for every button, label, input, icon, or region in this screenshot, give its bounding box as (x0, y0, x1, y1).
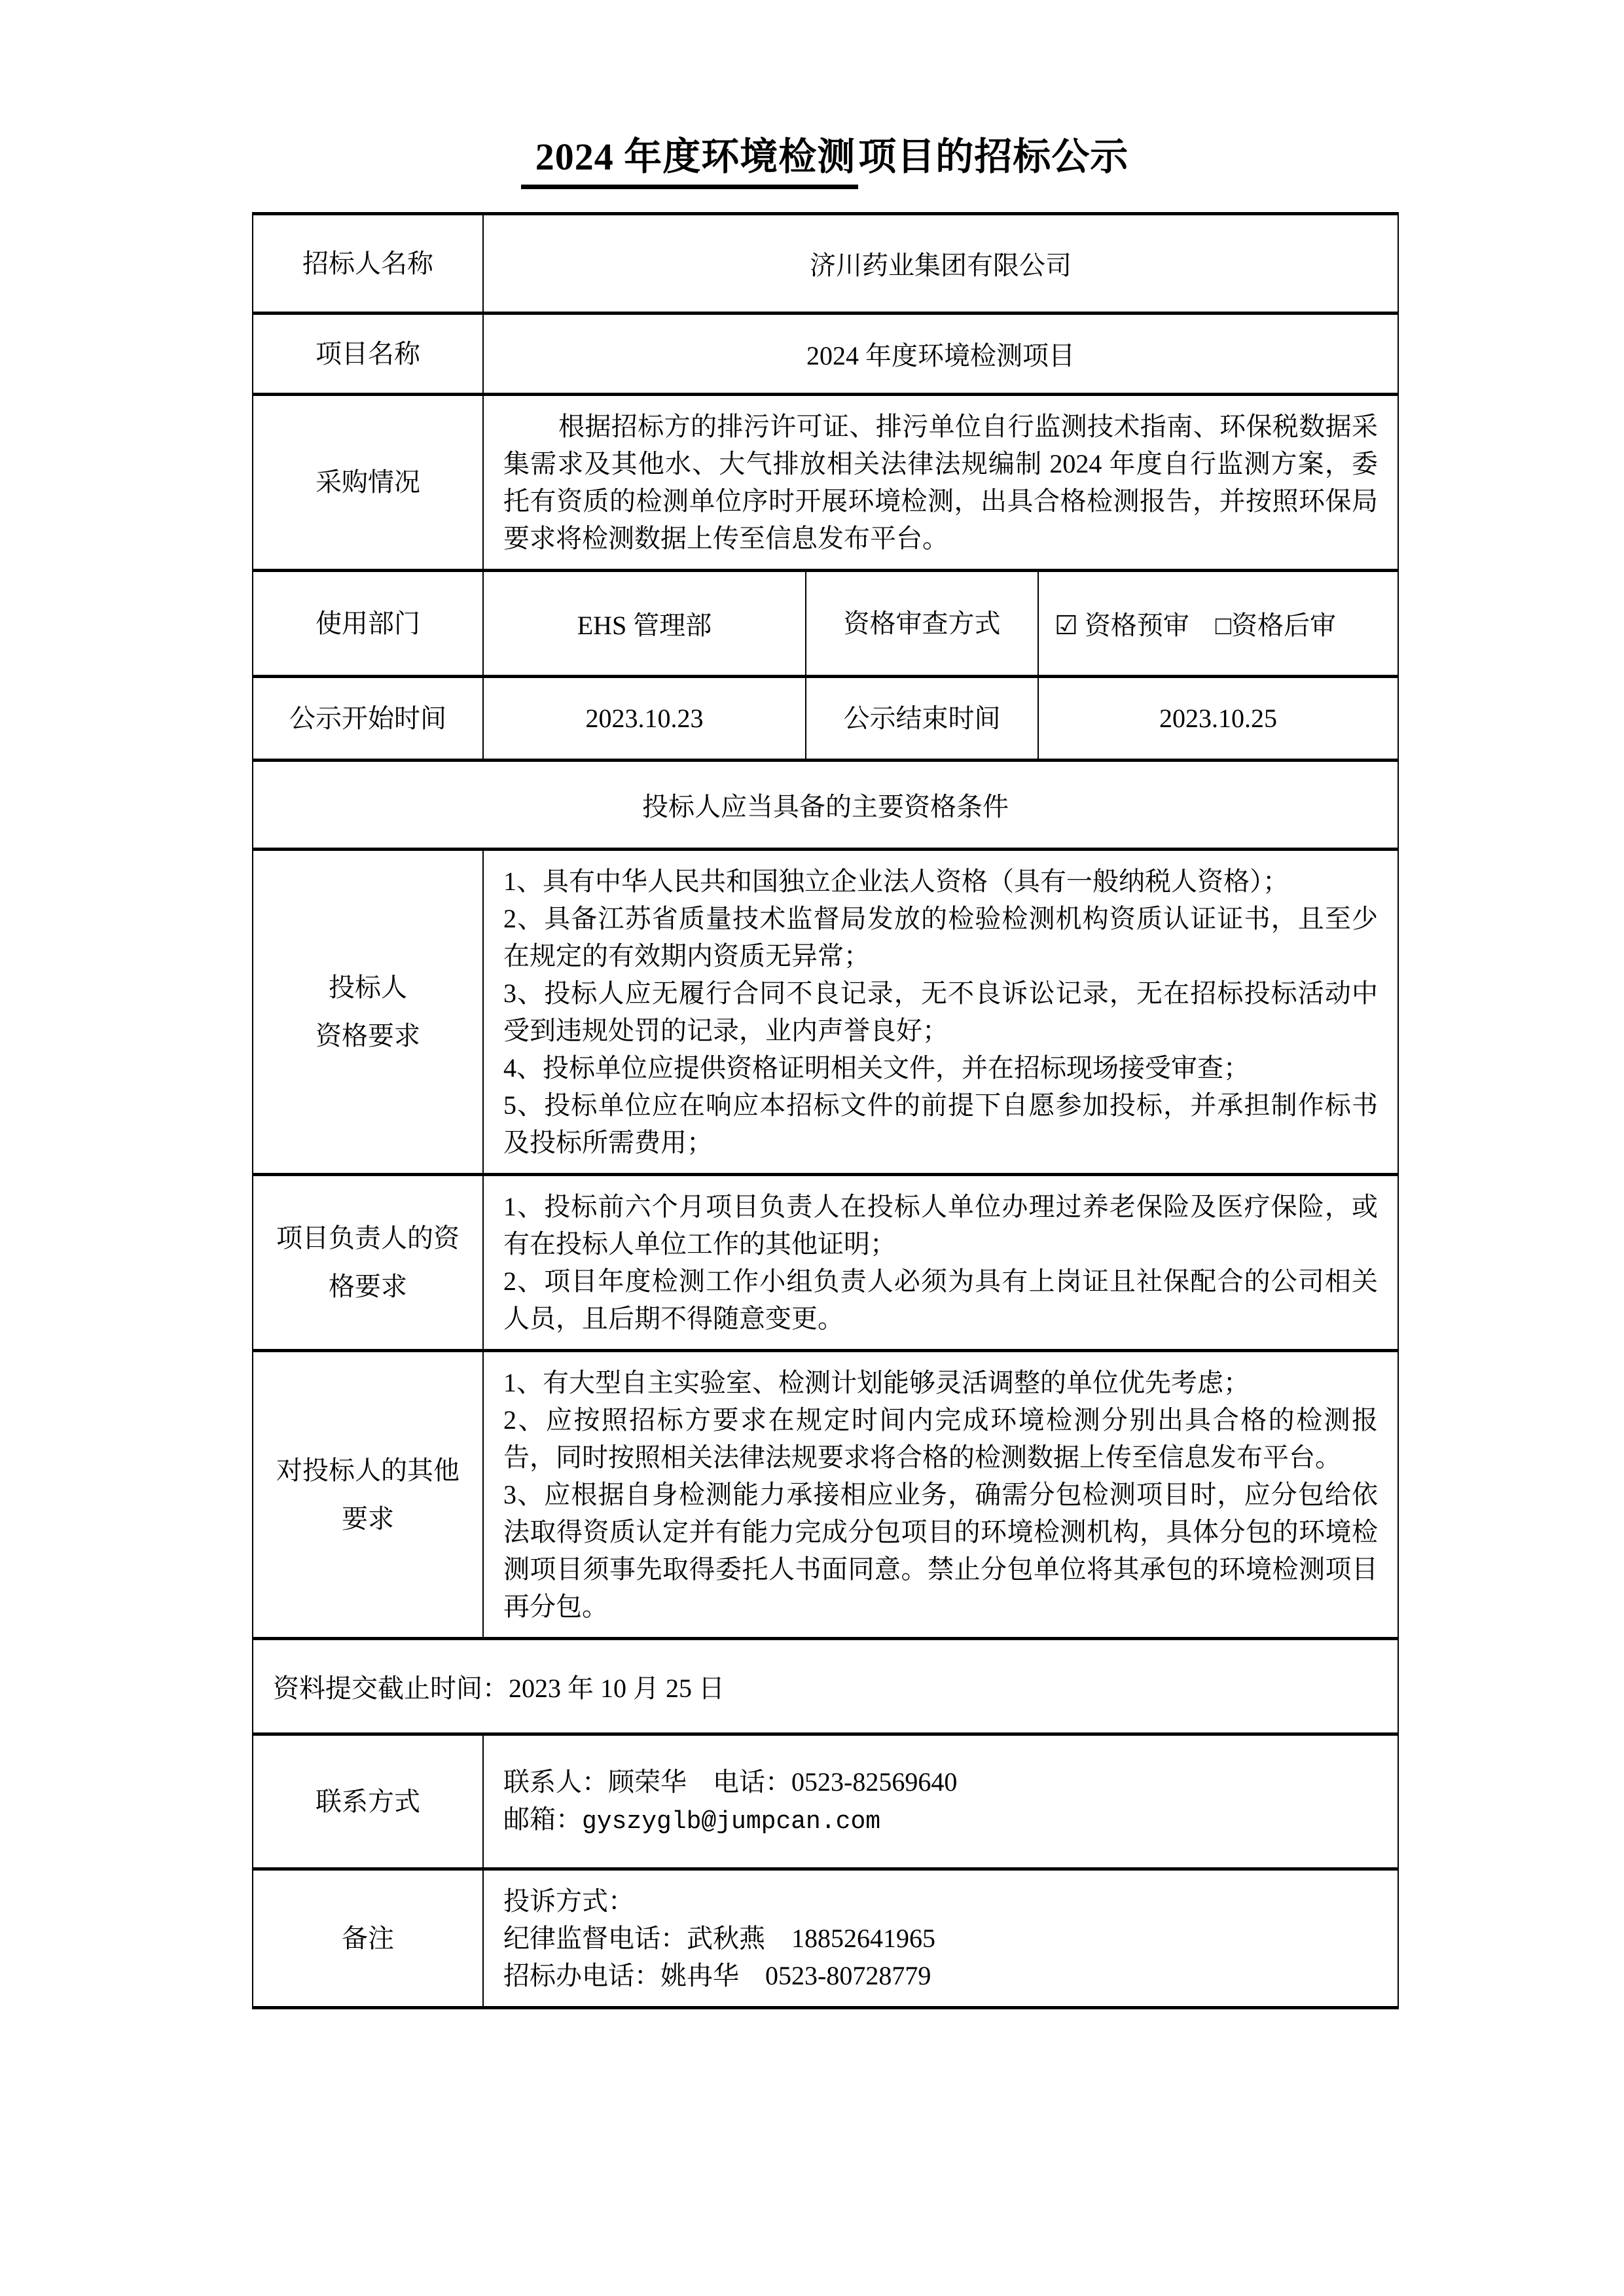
using-department-value: EHS 管理部 (483, 571, 806, 677)
qualification-review-label: 资格审查方式 (806, 571, 1038, 677)
project-leader-qualification-label: 项目负责人的资 格要求 (253, 1175, 483, 1351)
other-requirements-items: 1、有大型自主实验室、检测计划能够灵活调整的单位优先考虑； 2、应按照招标方要求… (483, 1351, 1398, 1639)
qualification-section-header: 投标人应当具备的主要资格条件 (253, 761, 1398, 850)
page-title-rest: 项目的招标公示 (858, 135, 1128, 178)
qualification-review-options: ☑ 资格预审 □资格后审 (1038, 571, 1398, 677)
table-row: 投标人应当具备的主要资格条件 (253, 761, 1398, 850)
publicity-end-value: 2023.10.25 (1038, 677, 1398, 761)
page-title: 2024 年度环境检测项目的招标公示 (252, 126, 1398, 181)
list-item: 3、应根据自身检测能力承接相应业务，确需分包检测项目时，应分包给依法取得资质认定… (503, 1476, 1378, 1625)
list-item: 1、具有中华人民共和国独立企业法人资格（具有一般纳税人资格）； (503, 863, 1378, 900)
project-leader-qualification-items: 1、投标前六个月项目负责人在投标人单位办理过养老保险及医疗保险，或有在投标人单位… (483, 1175, 1398, 1351)
list-item: 1、投标前六个月项目负责人在投标人单位办理过养老保险及医疗保险，或有在投标人单位… (503, 1188, 1378, 1263)
table-row: 对投标人的其他 要求 1、有大型自主实验室、检测计划能够灵活调整的单位优先考虑；… (253, 1351, 1398, 1639)
list-item: 3、投标人应无履行合同不良记录，无不良诉讼记录，无在招标投标活动中受到违规处罚的… (503, 975, 1378, 1049)
table-row: 使用部门 EHS 管理部 资格审查方式 ☑ 资格预审 □资格后审 (253, 571, 1398, 677)
tender-notice-table: 招标人名称 济川药业集团有限公司 项目名称 2024 年度环境检测项目 采购情况… (252, 212, 1399, 2009)
procurement-value: 根据招标方的排污许可证、排污单位自行监测技术指南、环保税数据采集需求及其他水、大… (483, 395, 1398, 571)
list-item: 2、具备江苏省质量技术监督局发放的检验检测机构资质认证证书，且至少在规定的有效期… (503, 900, 1378, 975)
table-row: 投标人 资格要求 1、具有中华人民共和国独立企业法人资格（具有一般纳税人资格）；… (253, 850, 1398, 1175)
table-row: 公示开始时间 2023.10.23 公示结束时间 2023.10.25 (253, 677, 1398, 761)
procurement-label: 采购情况 (253, 395, 483, 571)
table-row: 联系方式 联系人：顾荣华 电话：0523-82569640 邮箱：gyszygl… (253, 1734, 1398, 1869)
list-item: 4、投标单位应提供资格证明相关文件，并在招标现场接受审查； (503, 1049, 1378, 1086)
page-title-underlined-part: 2024 年度环境检测 (521, 135, 859, 189)
tender-office-phone-line: 招标办电话：姚冉华 0523-80728779 (503, 1957, 1378, 1994)
contact-person-line: 联系人：顾荣华 电话：0523-82569640 (503, 1763, 1378, 1801)
bidder-qualification-label: 投标人 资格要求 (253, 850, 483, 1175)
using-department-label: 使用部门 (253, 571, 483, 677)
bidder-name-value: 济川药业集团有限公司 (483, 214, 1398, 314)
list-item: 1、有大型自主实验室、检测计划能够灵活调整的单位优先考虑； (503, 1364, 1378, 1401)
project-name-label: 项目名称 (253, 314, 483, 395)
table-row: 项目负责人的资 格要求 1、投标前六个月项目负责人在投标人单位办理过养老保险及医… (253, 1175, 1398, 1351)
submission-deadline: 资料提交截止时间：2023 年 10 月 25 日 (253, 1639, 1398, 1734)
contact-info: 联系人：顾荣华 电话：0523-82569640 邮箱：gyszyglb@jum… (483, 1734, 1398, 1869)
bidder-qualification-items: 1、具有中华人民共和国独立企业法人资格（具有一般纳税人资格）； 2、具备江苏省质… (483, 850, 1398, 1175)
procurement-paragraph: 根据招标方的排污许可证、排污单位自行监测技术指南、环保税数据采集需求及其他水、大… (503, 408, 1378, 557)
project-name-value: 2024 年度环境检测项目 (483, 314, 1398, 395)
table-row: 招标人名称 济川药业集团有限公司 (253, 214, 1398, 314)
list-item: 2、应按照招标方要求在规定时间内完成环境检测分别出具合格的检测报告，同时按照相关… (503, 1401, 1378, 1476)
table-row: 采购情况 根据招标方的排污许可证、排污单位自行监测技术指南、环保税数据采集需求及… (253, 395, 1398, 571)
remarks-content: 投诉方式： 纪律监督电话：武秋燕 18852641965 招标办电话：姚冉华 0… (483, 1869, 1398, 2008)
publicity-start-value: 2023.10.23 (483, 677, 806, 761)
other-requirements-label: 对投标人的其他 要求 (253, 1351, 483, 1639)
contact-email-line: 邮箱：gyszyglb@jumpcan.com (503, 1801, 1378, 1840)
complaint-method-line: 投诉方式： (503, 1882, 1378, 1920)
publicity-start-label: 公示开始时间 (253, 677, 483, 761)
discipline-supervision-phone-line: 纪律监督电话：武秋燕 18852641965 (503, 1920, 1378, 1957)
remarks-label: 备注 (253, 1869, 483, 2008)
table-row: 项目名称 2024 年度环境检测项目 (253, 314, 1398, 395)
email-label: 邮箱： (503, 1804, 582, 1834)
email-value: gyszyglb@jumpcan.com (582, 1808, 880, 1836)
list-item: 5、投标单位应在响应本招标文件的前提下自愿参加投标，并承担制作标书及投标所需费用… (503, 1086, 1378, 1161)
table-row: 备注 投诉方式： 纪律监督电话：武秋燕 18852641965 招标办电话：姚冉… (253, 1869, 1398, 2008)
publicity-end-label: 公示结束时间 (806, 677, 1038, 761)
bidder-name-label: 招标人名称 (253, 214, 483, 314)
table-row: 资料提交截止时间：2023 年 10 月 25 日 (253, 1639, 1398, 1734)
contact-label: 联系方式 (253, 1734, 483, 1869)
document-page: 2024 年度环境检测项目的招标公示 招标人名称 济川药业集团有限公司 项目名称… (252, 0, 1398, 2009)
list-item: 2、项目年度检测工作小组负责人必须为具有上岗证且社保配合的公司相关人员，且后期不… (503, 1263, 1378, 1337)
